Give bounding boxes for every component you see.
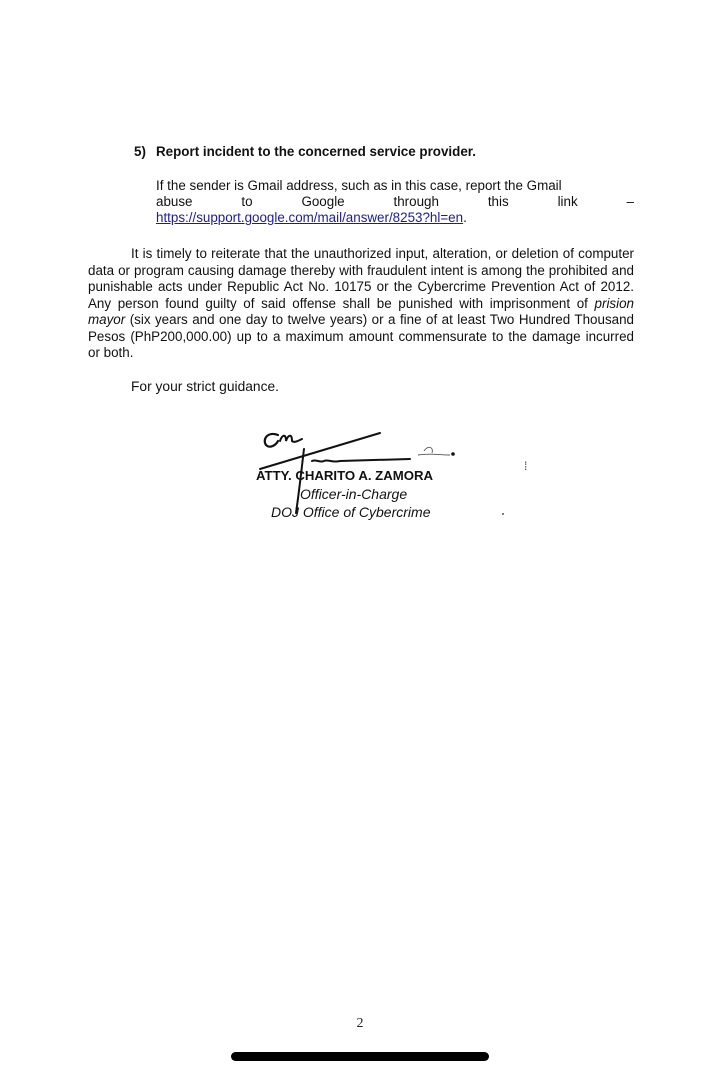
closing-line: For your strict guidance. [131,379,279,394]
signature-block: ATTY. CHARITO A. ZAMORA Officer-in-Charg… [250,425,470,525]
stray-dot [502,513,504,515]
signatory-name: ATTY. CHARITO A. ZAMORA [256,468,433,483]
section-paragraph: If the sender is Gmail address, such as … [156,178,634,226]
body-paragraph: It is timely to reiterate that the unaut… [88,246,634,362]
gmail-abuse-link[interactable]: https://support.google.com/mail/answer/8… [156,210,463,225]
page-number: 2 [0,1016,720,1032]
paragraph-line-1: If the sender is Gmail address, such as … [156,178,634,194]
signatory-office: DOJ Office of Cybercrime [271,504,430,520]
paragraph-line-3: https://support.google.com/mail/answer/8… [156,210,634,226]
home-indicator-bar[interactable] [231,1052,489,1061]
section-title: Report incident to the concerned service… [156,144,476,159]
stray-mark: ⁞ [524,459,527,473]
section-heading: 5)Report incident to the concerned servi… [134,144,476,159]
paragraph-line-2: abuse to Google through this link – [156,194,634,210]
section-number: 5) [134,144,156,159]
signatory-title: Officer-in-Charge [300,486,407,502]
